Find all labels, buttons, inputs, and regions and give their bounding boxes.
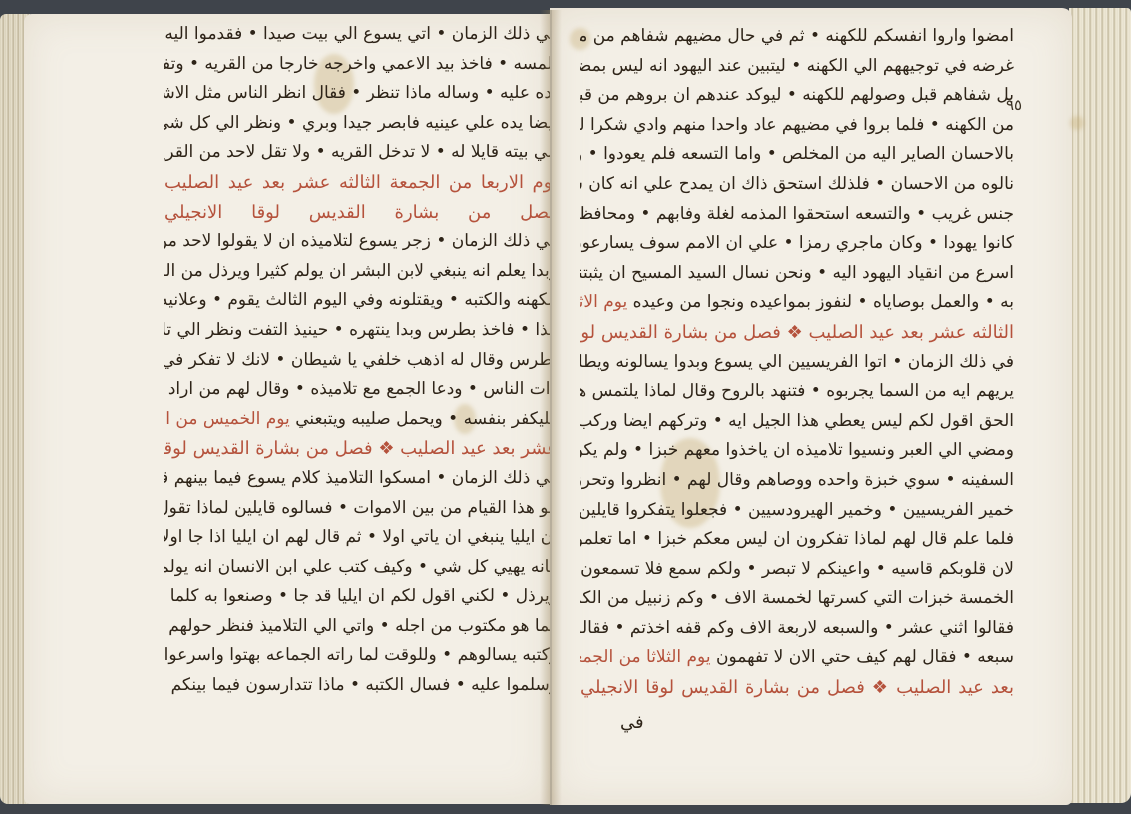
left-page-text: في ذلك الزمان • اتي يسوع الي بيت صيدا • … bbox=[164, 20, 558, 701]
text-line: فلما علم قال لهم لماذا تفكرون ان ليس معك… bbox=[580, 525, 1014, 555]
line-text: فانه يهيي كل شي • وكيف كتب علي ابن الانس… bbox=[164, 557, 558, 577]
line-text: ايضا يده علي عينيه فابصر جيدا وبري • ونظ… bbox=[164, 113, 558, 133]
open-manuscript: في ذلك الزمان • اتي يسوع الي بيت صيدا • … bbox=[0, 0, 1131, 814]
line-text: وبدا يعلم انه ينبغي لابن البشر ان يولم ك… bbox=[164, 261, 558, 281]
text-line: كما هو مكتوب من اجله • واتي الي التلاميذ… bbox=[164, 612, 558, 642]
gutter bbox=[540, 10, 562, 805]
text-line: هذا • فاخذ بطرس وبدا ينتهره • حينيذ التف… bbox=[164, 316, 558, 346]
line-text: لان قلوبكم قاسيه • واعينكم لا تبصر • ولك… bbox=[580, 559, 1014, 579]
rubric-line: الثالثه عشر بعد عيد الصليب ❖ فصل من بشار… bbox=[580, 318, 1014, 348]
right-page: ٩٥ امضوا واروا انفسكم للكهنه • ثم في حال… bbox=[550, 8, 1072, 805]
line-text: الي بيته قايلا له • لا تدخل القريه • ولا… bbox=[164, 142, 558, 162]
line-text: الكهنه والكتبه • ويقتلونه وفي اليوم الثا… bbox=[164, 290, 558, 310]
line-text: هو هذا القيام من بين الاموات • فسالوه قا… bbox=[164, 498, 558, 518]
text-line: يريهم ايه من السما يجربوه • فتنهد بالروح… bbox=[580, 377, 1014, 407]
line-text: بطرس وقال له اذهب خلفي يا شيطان • لانك ل… bbox=[164, 350, 558, 370]
line-text: فلما علم قال لهم لماذا تفكرون ان ليس معك… bbox=[580, 529, 1014, 549]
text-line: وكتبه يسالوهم • وللوقت لما راته الجماعه … bbox=[164, 641, 558, 671]
stain bbox=[1070, 116, 1084, 130]
line-text: فصل من بشارة القديس لوقا الانجيلي bbox=[164, 202, 558, 223]
text-line: وسلموا عليه • فسال الكتبه • ماذا تتدارسو… bbox=[164, 671, 558, 701]
line-text: في ذلك الزمان • زجر يسوع لتلاميذه ان لا … bbox=[164, 231, 558, 251]
text-line: فقالوا اثني عشر • والسبعه لاربعة الاف وك… bbox=[580, 614, 1014, 644]
text-line: اسرع من انقياد اليهود اليه • ونحن نسال ا… bbox=[580, 259, 1014, 289]
line-text: عشر بعد عيد الصليب ❖ فصل من بشارة القديس… bbox=[164, 438, 558, 459]
text-line: خمير الفريسيين • وخمير الهيرودسيين • فجع… bbox=[580, 496, 1014, 526]
line-text: من الكهنه • فلما بروا في مضيهم عاد واحدا… bbox=[580, 115, 1014, 135]
line-text: جنس غريب • والتسعه استحقوا المذمه لغلة و… bbox=[580, 204, 1014, 224]
text-line: ويرذل • لكني اقول لكم ان ايليا قد جا • و… bbox=[164, 582, 558, 612]
line-text: يوم الاربعا من الجمعة الثالثه عشر بعد عي… bbox=[164, 172, 558, 193]
line-text: وكتبه يسالوهم • وللوقت لما راته الجماعه … bbox=[164, 645, 558, 665]
right-page-text: امضوا واروا انفسكم للكهنه • ثم في حال مض… bbox=[580, 22, 1014, 703]
line-text: ذات الناس • ودعا الجمع مع تلاميذه • وقال… bbox=[164, 379, 558, 399]
text-line: في ذلك الزمان • زجر يسوع لتلاميذه ان لا … bbox=[164, 227, 558, 257]
line-text: يلمسه • فاخذ بيد الاعمي واخرجه خارجا من … bbox=[164, 54, 558, 74]
text-line: السفينه • سوي خبزة واحده ووصاهم وقال لهم… bbox=[580, 466, 1014, 496]
text-line: بالاحسان الصاير اليه من المخلص • واما ال… bbox=[580, 140, 1014, 170]
line-text: ومضي الي العبر ونسيوا تلاميذه ان ياخذوا … bbox=[580, 440, 1014, 460]
text-line: ومضي الي العبر ونسيوا تلاميذه ان ياخذوا … bbox=[580, 436, 1014, 466]
text-line: الحق اقول لكم ليس يعطي هذا الجيل ايه • و… bbox=[580, 407, 1014, 437]
text-line: وبدا يعلم انه ينبغي لابن البشر ان يولم ك… bbox=[164, 257, 558, 287]
line-text: غرضه في توجيههم الي الكهنه • ليتبين عند … bbox=[580, 56, 1014, 76]
text-line: سبعه • فقال لهم كيف حتي الان لا تفهمون ي… bbox=[580, 643, 1014, 673]
text-line: بل شفاهم قبل وصولهم للكهنه • ليوكد عندهم… bbox=[580, 81, 1014, 111]
rubric-text: يوم الاثنين من الجمعة bbox=[580, 292, 627, 312]
line-text: ويرذل • لكني اقول لكم ان ايليا قد جا • و… bbox=[164, 586, 558, 606]
text-line: يلمسه • فاخذ بيد الاعمي واخرجه خارجا من … bbox=[164, 50, 558, 80]
line-text: يده عليه • وساله ماذا تنظر • فقال انظر ا… bbox=[164, 83, 558, 103]
line-text: نالوه من الاحسان • فلذلك استحق ذاك ان يم… bbox=[580, 174, 1014, 194]
text-line: فليكفر بنفسه • ويحمل صليبه ويتبعني يوم ا… bbox=[164, 405, 558, 435]
line-text: وسلموا عليه • فسال الكتبه • ماذا تتدارسو… bbox=[164, 675, 558, 695]
line-text: كما هو مكتوب من اجله • واتي الي التلاميذ… bbox=[164, 616, 558, 636]
rubric-text: يوم الثلاثا من الجمعة الثالثة عشر bbox=[580, 647, 711, 667]
line-text: في ذلك الزمان • اتوا الفريسيين الي يسوع … bbox=[580, 352, 1014, 372]
text-line: بطرس وقال له اذهب خلفي يا شيطان • لانك ل… bbox=[164, 346, 558, 376]
rubric-line: يوم الاربعا من الجمعة الثالثه عشر بعد عي… bbox=[164, 168, 558, 198]
text-line: غرضه في توجيههم الي الكهنه • ليتبين عند … bbox=[580, 52, 1014, 82]
text-line: في ذلك الزمان • اتي يسوع الي بيت صيدا • … bbox=[164, 20, 558, 50]
text-line: فانه يهيي كل شي • وكيف كتب علي ابن الانس… bbox=[164, 553, 558, 583]
rubric-text: يوم الخميس من الجمعة الثالثه bbox=[164, 409, 290, 429]
line-text: يريهم ايه من السما يجربوه • فتنهد بالروح… bbox=[580, 381, 1014, 401]
text-line: جنس غريب • والتسعه استحقوا المذمه لغلة و… bbox=[580, 200, 1014, 230]
text-line: ذات الناس • ودعا الجمع مع تلاميذه • وقال… bbox=[164, 375, 558, 405]
line-text: في ذلك الزمان • امسكوا التلاميذ كلام يسو… bbox=[164, 468, 558, 488]
line-text: ان ايليا ينبغي ان ياتي اولا • ثم قال لهم… bbox=[164, 527, 558, 547]
text-line: كانوا يهودا • وكان ماجري رمزا • علي ان ا… bbox=[580, 229, 1014, 259]
line-text: بالاحسان الصاير اليه من المخلص • واما ال… bbox=[580, 144, 1014, 164]
line-text: خمير الفريسيين • وخمير الهيرودسيين • فجع… bbox=[580, 500, 1014, 520]
line-text: في ذلك الزمان • اتي يسوع الي بيت صيدا • … bbox=[164, 24, 558, 44]
text-line: به • والعمل بوصاياه • لنفوز بمواعيده ونج… bbox=[580, 288, 1014, 318]
line-text: فقالوا اثني عشر • والسبعه لاربعة الاف وك… bbox=[580, 618, 1014, 638]
line-text: الحق اقول لكم ليس يعطي هذا الجيل ايه • و… bbox=[580, 411, 1014, 431]
text-line: في ذلك الزمان • اتوا الفريسيين الي يسوع … bbox=[580, 348, 1014, 378]
rubric-line: بعد عيد الصليب ❖ فصل من بشارة القديس لوق… bbox=[580, 673, 1014, 703]
rubric-line: عشر بعد عيد الصليب ❖ فصل من بشارة القديس… bbox=[164, 434, 558, 464]
text-line: الي بيته قايلا له • لا تدخل القريه • ولا… bbox=[164, 138, 558, 168]
text-line: نالوه من الاحسان • فلذلك استحق ذاك ان يم… bbox=[580, 170, 1014, 200]
line-text: السفينه • سوي خبزة واحده ووصاهم وقال لهم… bbox=[580, 470, 1014, 490]
line-text: الثالثه عشر بعد عيد الصليب ❖ فصل من بشار… bbox=[580, 322, 1014, 343]
text-line: هو هذا القيام من بين الاموات • فسالوه قا… bbox=[164, 494, 558, 524]
line-text: كانوا يهودا • وكان ماجري رمزا • علي ان ا… bbox=[580, 233, 1014, 253]
line-text: بعد عيد الصليب ❖ فصل من بشارة القديس لوق… bbox=[580, 677, 1014, 698]
line-text: اسرع من انقياد اليهود اليه • ونحن نسال ا… bbox=[580, 263, 1014, 283]
left-page: في ذلك الزمان • اتي يسوع الي بيت صيدا • … bbox=[24, 14, 550, 804]
text-line: ان ايليا ينبغي ان ياتي اولا • ثم قال لهم… bbox=[164, 523, 558, 553]
rubric-line: فصل من بشارة القديس لوقا الانجيلي bbox=[164, 198, 558, 228]
text-line: ايضا يده علي عينيه فابصر جيدا وبري • ونظ… bbox=[164, 109, 558, 139]
line-text: فليكفر بنفسه • ويحمل صليبه ويتبعني bbox=[295, 409, 558, 429]
line-text: الخمسة خبزات التي كسرتها لخمسة الاف • وك… bbox=[580, 588, 1014, 608]
text-line: يده عليه • وساله ماذا تنظر • فقال انظر ا… bbox=[164, 79, 558, 109]
line-text: سبعه • فقال لهم كيف حتي الان لا تفهمون bbox=[716, 647, 1014, 667]
text-line: في ذلك الزمان • امسكوا التلاميذ كلام يسو… bbox=[164, 464, 558, 494]
line-text: هذا • فاخذ بطرس وبدا ينتهره • حينيذ التف… bbox=[164, 320, 558, 340]
catchword: في bbox=[620, 712, 644, 733]
text-line: من الكهنه • فلما بروا في مضيهم عاد واحدا… bbox=[580, 111, 1014, 141]
text-line: الكهنه والكتبه • ويقتلونه وفي اليوم الثا… bbox=[164, 286, 558, 316]
line-text: بل شفاهم قبل وصولهم للكهنه • ليوكد عندهم… bbox=[580, 85, 1014, 105]
line-text: به • والعمل بوصاياه • لنفوز بمواعيده ونج… bbox=[633, 292, 1014, 312]
text-line: امضوا واروا انفسكم للكهنه • ثم في حال مض… bbox=[580, 22, 1014, 52]
text-line: لان قلوبكم قاسيه • واعينكم لا تبصر • ولك… bbox=[580, 555, 1014, 585]
text-line: الخمسة خبزات التي كسرتها لخمسة الاف • وك… bbox=[580, 584, 1014, 614]
line-text: امضوا واروا انفسكم للكهنه • ثم في حال مض… bbox=[580, 26, 1014, 46]
